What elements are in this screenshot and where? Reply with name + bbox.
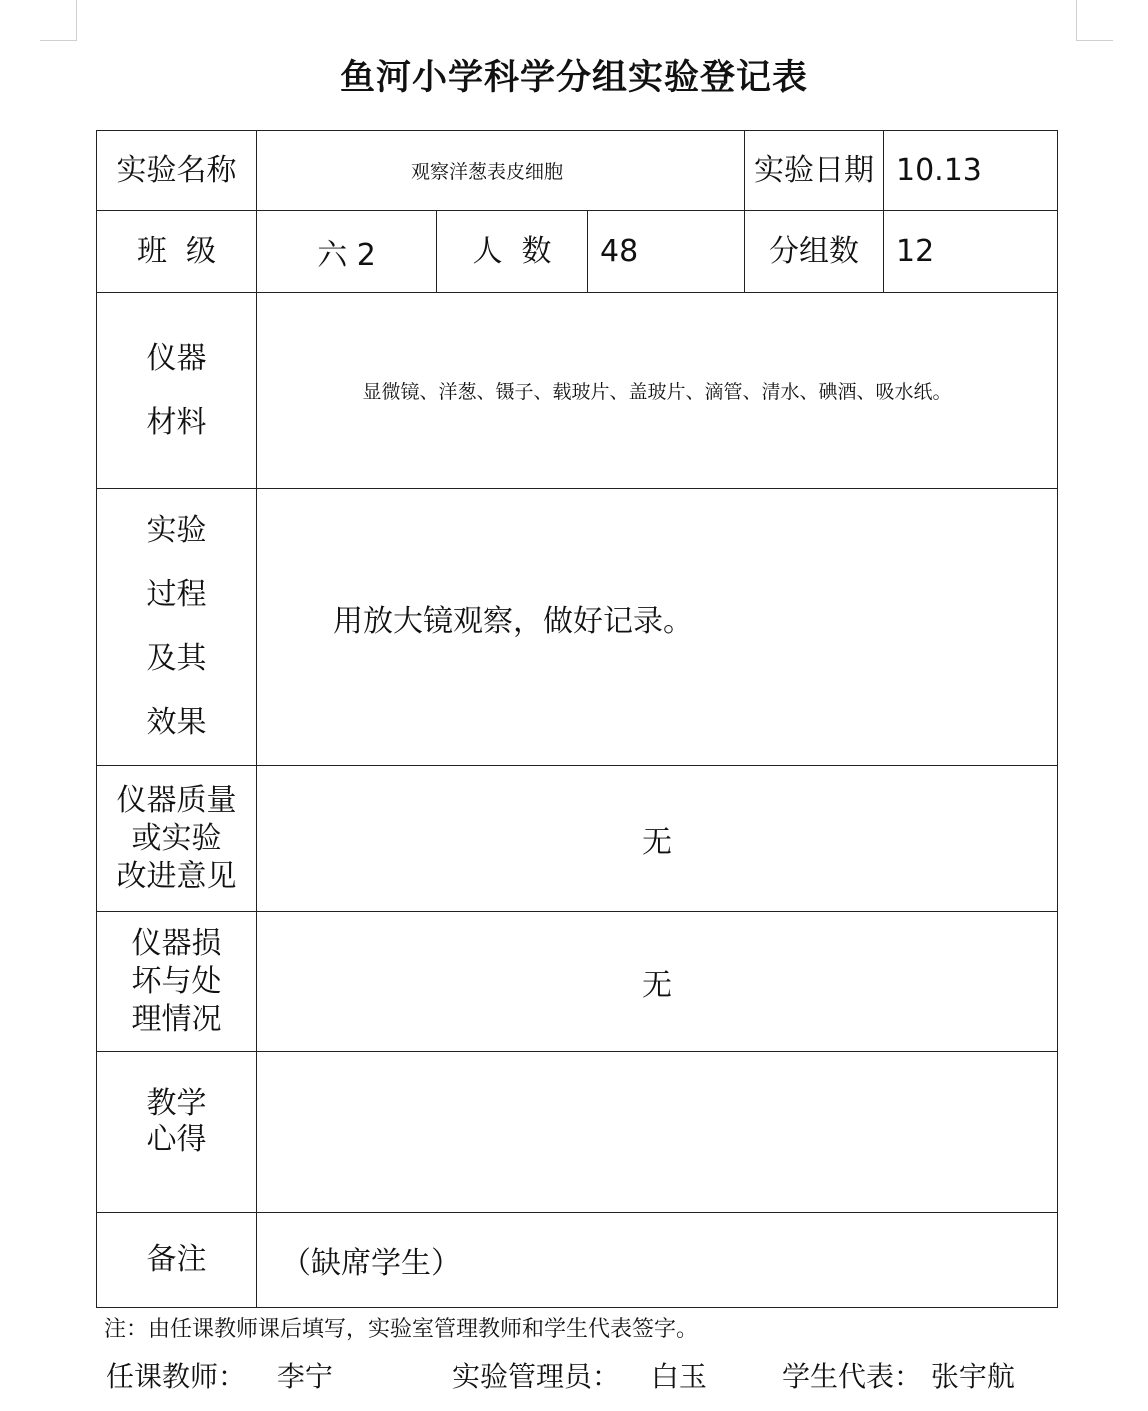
process-label: 实验 过程 及其 效果 <box>96 488 257 766</box>
materials-value[interactable]: 显微镜、洋葱、镊子、载玻片、盖玻片、滴管、清水、碘酒、吸水纸。 <box>256 292 1058 489</box>
experiment-date-value[interactable]: 10.13 <box>883 130 1058 211</box>
reflection-label: 教学 心得 <box>96 1051 257 1213</box>
reflection-label-line: 教学 <box>147 1086 207 1122</box>
quality-label-line: 或实验 <box>132 820 222 858</box>
process-label-line: 过程 <box>147 563 207 627</box>
experiment-name-value[interactable]: 观察洋葱表皮细胞 <box>256 130 745 211</box>
reflection-label-line: 心得 <box>147 1122 207 1158</box>
footer-note: 注：由任课教师课后填写，实验室管理教师和学生代表签字。 <box>104 1312 698 1343</box>
materials-label-line: 仪器 <box>147 327 207 391</box>
page-corner-mark-top-left <box>40 0 77 41</box>
experiment-date-label: 实验日期 <box>744 130 884 211</box>
page-corner-mark-top-right <box>1076 0 1113 41</box>
registration-table: 实验名称 观察洋葱表皮细胞 实验日期 10.13 班 级 六 2 人 数 48 … <box>96 130 1058 1308</box>
damage-label-line: 理情况 <box>132 1001 222 1039</box>
people-count-value[interactable]: 48 <box>587 210 745 293</box>
admin-name[interactable]: 白玉 <box>651 1360 707 1393</box>
class-value[interactable]: 六 2 <box>256 210 437 293</box>
process-label-line: 效果 <box>147 691 207 755</box>
experiment-name-label: 实验名称 <box>96 130 257 211</box>
teacher-name[interactable]: 李宁 <box>277 1360 333 1393</box>
quality-label: 仪器质量 或实验 改进意见 <box>96 765 257 912</box>
materials-label-line: 材料 <box>147 391 207 455</box>
people-count-label: 人 数 <box>436 210 588 293</box>
page-title: 鱼河小学科学分组实验登记表 <box>0 50 1148 100</box>
process-value[interactable]: 用放大镜观察，做好记录。 <box>256 488 1058 766</box>
student-rep-signature: 学生代表： 张宇航 <box>782 1355 1015 1395</box>
class-label: 班 级 <box>96 210 257 293</box>
quality-value[interactable]: 无 <box>256 765 1058 912</box>
teacher-label: 任课教师： <box>106 1360 246 1393</box>
teacher-signature: 任课教师： 李宁 <box>106 1355 333 1395</box>
admin-signature: 实验管理员： 白玉 <box>452 1355 707 1395</box>
damage-label-line: 仪器损 <box>132 925 222 963</box>
quality-label-line: 改进意见 <box>117 858 237 896</box>
quality-label-line: 仪器质量 <box>117 782 237 820</box>
student-rep-label: 学生代表： <box>782 1360 922 1393</box>
process-label-line: 实验 <box>147 499 207 563</box>
damage-label: 仪器损 坏与处 理情况 <box>96 911 257 1052</box>
remarks-label: 备注 <box>96 1212 257 1308</box>
reflection-value[interactable] <box>256 1051 1058 1213</box>
student-rep-name[interactable]: 张宇航 <box>931 1360 1015 1393</box>
group-count-value[interactable]: 12 <box>883 210 1058 293</box>
damage-label-line: 坏与处 <box>132 963 222 1001</box>
remarks-value[interactable]: （缺席学生） <box>256 1212 1058 1308</box>
group-count-label: 分组数 <box>744 210 884 293</box>
materials-label: 仪器 材料 <box>96 292 257 489</box>
process-label-line: 及其 <box>147 627 207 691</box>
damage-value[interactable]: 无 <box>256 911 1058 1052</box>
admin-label: 实验管理员： <box>452 1360 620 1393</box>
